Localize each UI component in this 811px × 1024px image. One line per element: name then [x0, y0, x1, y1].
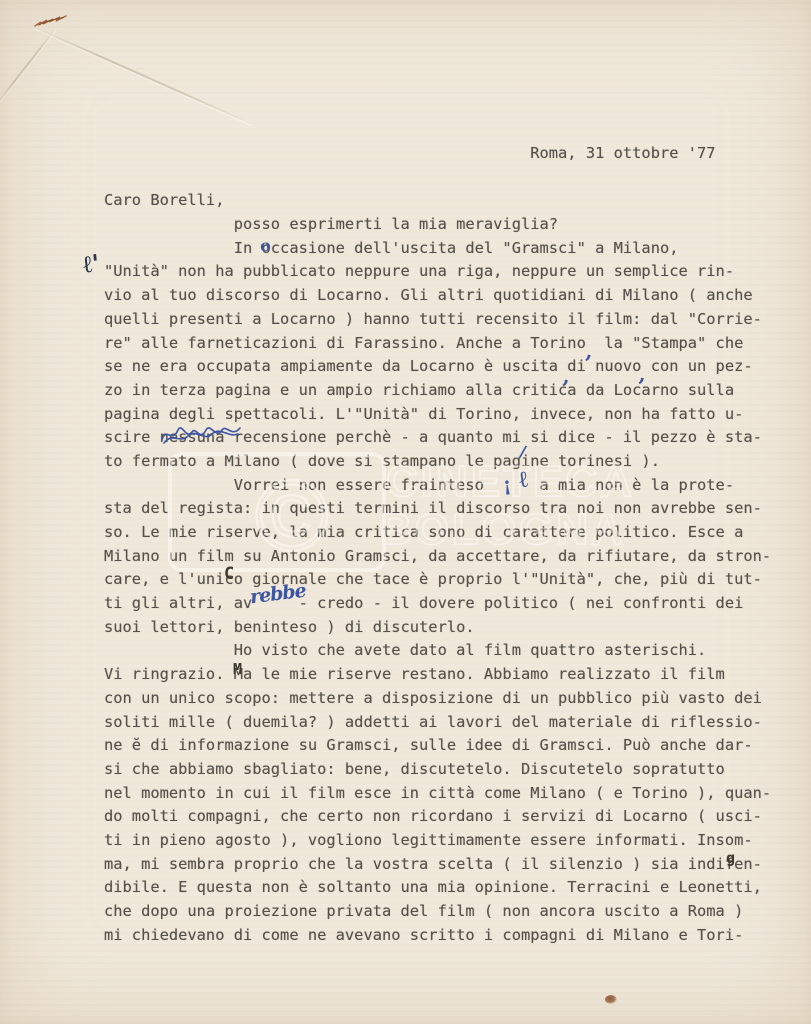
pen-comma-before-di-nuovo: ,	[562, 366, 570, 386]
letter-line: re" alle farneticazioni di Farassino. An…	[104, 332, 771, 356]
letter-line: dibile. E questa non è soltanto una mia …	[104, 876, 771, 900]
letter-line: ne ĕ di informazione su Gramsci, sulle i…	[104, 734, 771, 758]
corner-scratch-mark	[33, 13, 69, 31]
letter-line: care, e l'unico giornale che tace è prop…	[104, 568, 771, 592]
letter-line: so. Le mie riserve, la mia critica sono …	[104, 521, 771, 545]
overtype-m-ma: M	[233, 662, 242, 677]
fold-crease	[0, 29, 56, 106]
scanned-letter-page: © CINETECA BOLOGNA Roma, 31 ottobre '77C…	[0, 0, 811, 1024]
pen-period-mark-frainteso: ¡	[502, 476, 512, 496]
letter-line: Milano un film su Antonio Gramsci, da ac…	[104, 545, 771, 569]
letter-line: se ne era occupata ampiamente da Locarno…	[104, 355, 771, 379]
letter-line: Caro Borelli,	[104, 189, 771, 213]
letter-line: In occasione dell'uscita del "Gramsci" a…	[104, 237, 771, 261]
letter-line: mi chiedevano di come ne avevano scritto…	[104, 924, 771, 948]
letter-line: soliti mille ( duemila? ) addetti ai lav…	[104, 711, 771, 735]
letter-line: do molti compagni, che certo non ricorda…	[104, 805, 771, 829]
overtype-capital-c-unico: C	[224, 566, 234, 583]
letter-line: posso esprimerti la mia meraviglia?	[104, 213, 771, 237]
letter-line: Ho visto che avete dato al film quattro …	[104, 639, 771, 663]
letter-line: "Unità" non ha pubblicato neppure una ri…	[104, 260, 771, 284]
letter-line: Vorrei non essere frainteso a mia non è …	[104, 474, 771, 498]
fold-crease	[34, 26, 252, 125]
letter-line: Roma, 31 ottobre '77	[104, 142, 771, 166]
letter-line: si che abbiamo sbagliato: bene, discutet…	[104, 758, 771, 782]
stain-dot	[605, 995, 617, 1004]
pen-scribble-over-nessuna	[160, 420, 242, 446]
letter-line: Vi ringrazio. Ma le mie riserve restano.…	[104, 663, 771, 687]
letter-line: nel momento in cui il film esce in città…	[104, 782, 771, 806]
letter-line: con un unico scopo: mettere a disposizio…	[104, 687, 771, 711]
letter-line: ti gli altri, av - credo - il dovere pol…	[104, 592, 771, 616]
letter-line: che dopo una proiezione privata del film…	[104, 900, 771, 924]
letter-line	[104, 166, 771, 190]
letter-line: zo in terza pagina e un ampio richiamo a…	[104, 379, 771, 403]
letter-line: ti in pieno agosto ), vogliono legittima…	[104, 829, 771, 853]
overtype-g-indifen: g	[726, 851, 735, 866]
letter-line: sta del regista: in questi termini il di…	[104, 497, 771, 521]
letter-line: quelli presenti a Locarno ) hanno tutti …	[104, 308, 771, 332]
pen-comma-after-nuovo: ,	[638, 364, 646, 384]
letter-body: Roma, 31 ottobre '77Caro Borelli, posso …	[104, 142, 771, 947]
letter-line: suoi lettori, beninteso ) di discuterlo.	[104, 616, 771, 640]
letter-line: ma, mi sembra proprio che la vostra scel…	[104, 853, 771, 877]
letter-line: to fermato a Milano ( dove si stampano l…	[104, 450, 771, 474]
pen-o-over-occasione: o	[259, 237, 272, 254]
letter-line: vio al tuo discorso di Locarno. Gli altr…	[104, 284, 771, 308]
handwritten-l-apostrophe: ℓ'	[82, 251, 101, 277]
